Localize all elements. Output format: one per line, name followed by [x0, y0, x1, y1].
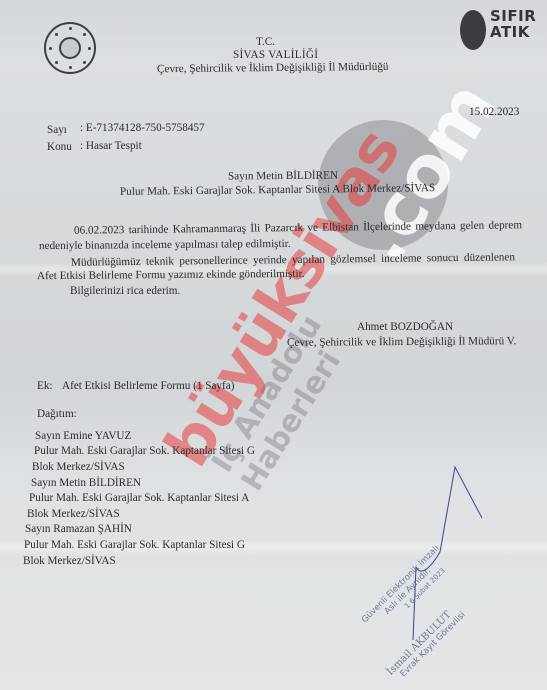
- handwritten-signature: [0, 0, 547, 690]
